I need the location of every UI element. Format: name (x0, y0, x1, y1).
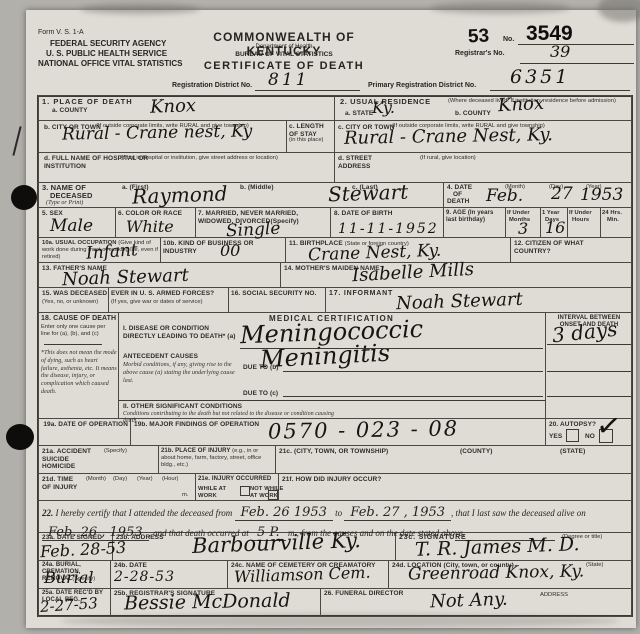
father-value: Noah Stewart (62, 267, 189, 289)
autopsy-no-checkmark: ✓ (594, 410, 623, 443)
injury-occurred-label: 21e. INJURY OCCURRED (198, 476, 278, 483)
industry-value: 00 (220, 243, 240, 259)
residence-state-value: Ky. (372, 100, 395, 116)
cause-line-b (283, 371, 543, 372)
was-deceased-label: 15. WAS DECEASED(Yes, no, or unknown) (42, 290, 108, 305)
primary-district-value: 6351 (510, 68, 570, 87)
county-value: Knox (150, 97, 197, 117)
injury-year-label: (Year) (137, 476, 153, 483)
stray-pen-mark (12, 126, 21, 156)
major-findings-value: 0570 - 023 - 08 (268, 418, 459, 442)
injury-county-label: (COUNTY) (460, 448, 493, 456)
agency-line-1: FEDERAL SECURITY AGENCY (50, 39, 166, 48)
reg-district-label: Registration District No. (172, 82, 252, 89)
last-name-value: Stewart (328, 182, 409, 205)
age-min-header-2: Min. (607, 217, 619, 224)
other-conditions-label: II. OTHER SIGNIFICANT CONDITIONS (123, 403, 242, 411)
address-value: Barbourville Ky. (192, 530, 361, 557)
age-hours-header-2: Hours (572, 217, 589, 224)
scan-smudge-top-center (430, 2, 570, 14)
cause-note-divider (44, 344, 102, 345)
interval-line-a (547, 344, 631, 345)
marital-value: Single (226, 221, 281, 241)
how-injury-label: 21f. HOW DID INJURY OCCUR? (282, 476, 381, 484)
injury-city-label: 21c. (CITY, TOWN, OR TOWNSHIP) (279, 448, 388, 456)
dob-label: 8. DATE OF BIRTH (334, 210, 393, 218)
county-label: a. COUNTY (52, 107, 88, 115)
street-address-label: d. STREET ADDRESS (338, 155, 388, 170)
age-days-value: 16 (545, 220, 565, 236)
age-months-header-1: If Under (507, 210, 530, 217)
hospital-note: (If not in hospital or institution, give… (120, 155, 320, 162)
accident-suicide-label: 21a. ACCIDENT SUICIDE HOMICIDE (42, 448, 104, 471)
injury-state-label: (STATE) (560, 448, 585, 456)
interval-line-b (547, 371, 631, 372)
due-to-c-label: DUE TO (c) (243, 390, 278, 398)
injury-day-label: (Day) (113, 476, 127, 483)
street-address-note: (If rural, give location) (420, 155, 476, 162)
scan-smudge-top-left (80, 4, 200, 14)
funeral-director-label: 26. FUNERAL DIRECTOR (324, 590, 403, 598)
dod-month-value: Feb. (486, 188, 523, 205)
address-label: 23b. ADDRESS (116, 534, 164, 542)
location-state-label: (State) (586, 562, 603, 569)
date-signed-value: Feb. 28-53 (40, 540, 127, 560)
name-title-3: (Type or Print) (46, 200, 83, 207)
morbid-note: Morbid conditions, if any, giving rise t… (123, 362, 239, 385)
age-days-header-1: 1 Year (542, 210, 560, 217)
residence-state-label: a. STATE (345, 110, 373, 118)
autopsy-yes-label: YES (549, 433, 562, 441)
age-hours-header-1: If Under (569, 210, 592, 217)
cause-line-c (283, 396, 543, 397)
interval-value: 3 days (551, 319, 618, 346)
disease-condition-label-2: DIRECTLY LEADING TO DEATH* (a) (123, 333, 236, 341)
armed-forces-label: EVER IN U. S. ARMED FORCES?(If yes, give… (111, 290, 227, 305)
file-no-underline (518, 44, 634, 45)
reg-district-underline (255, 90, 360, 91)
injury-month-label: (Month) (86, 476, 106, 483)
certify-text-2: to (335, 508, 342, 518)
residence-county-label: b. COUNTY (455, 110, 491, 118)
cause-line-a (240, 348, 543, 349)
cause-of-death-label: 18. CAUSE OF DEATH (41, 315, 116, 323)
length-of-stay-note: (in this place) (289, 137, 333, 144)
cause-of-death-note2: *This does not mean the mode of dying, s… (41, 350, 117, 397)
department-line: Department of Health (186, 44, 382, 50)
major-findings-label: 19b. MAJOR FINDINGS OF OPERATION (134, 421, 259, 429)
registrar-no-underline (520, 63, 634, 64)
age-label: 9. AGE (In years last birthday) (446, 210, 504, 224)
age-min-header-1: 24 Hrs. (602, 210, 622, 217)
certify-to-date: Feb. 27 , 1953 (344, 505, 451, 521)
not-while-at-work-checkbox (268, 490, 278, 500)
autopsy-label: 20. AUTOPSY? (549, 421, 596, 429)
race-value: White (126, 219, 174, 235)
primary-district-underline (490, 90, 630, 91)
cause-of-death-note1: Enter only one cause per line for (a), (… (41, 324, 115, 338)
burial-date-value: 2-28-53 (114, 570, 175, 584)
hole-punch-dot-lower (6, 424, 34, 450)
other-conditions-divider (119, 400, 545, 401)
antecedent-label: ANTECEDENT CAUSES (123, 353, 198, 361)
agency-line-2: U. S. PUBLIC HEALTH SERVICE (46, 49, 167, 58)
date-received-value: 2-27-53 (40, 596, 99, 615)
funeral-director-value: Not Any. (430, 591, 508, 612)
file-no-label: No. (503, 36, 514, 43)
bureau-line: BUREAU OF VITAL STATISTICS (186, 51, 382, 58)
registrar-signature-value: Bessie McDonald (124, 592, 291, 614)
time-of-injury-label: 21d. TIME OF INJURY (42, 476, 84, 491)
certify-text-3: , that I last saw the deceased alive on (451, 508, 586, 518)
funeral-director-address-label: ADDRESS (540, 592, 568, 599)
registrar-no-label: Registrar's No. (455, 50, 505, 57)
ssn-label: 16. SOCIAL SECURITY NO. (231, 290, 323, 298)
agency-line-3: NATIONAL OFFICE VITAL STATISTICS (38, 59, 182, 68)
occupation-value: Infant (85, 242, 138, 263)
residence-county-value: Knox (498, 95, 545, 115)
dod-year-value: 1953 (580, 187, 623, 204)
injury-hour-label: (Hour) (162, 476, 178, 483)
injury-meridiem-label: m. (182, 492, 188, 499)
hole-punch-dot-upper (11, 185, 37, 210)
scanned-death-certificate: { "colors": {"paper":"#dedcd4","ink":"#2… (0, 0, 640, 634)
location-value: Greenroad Knox, Ky. (408, 563, 584, 583)
registrar-no-value: 39 (550, 44, 570, 60)
dob-value: 11-11-1952 (338, 222, 439, 236)
reg-district-value: 811 (268, 72, 309, 89)
place-of-death-title: 1. PLACE OF DEATH (42, 98, 133, 107)
middle-name-label: b. (Middle) (240, 184, 274, 192)
first-name-value: Raymond (132, 183, 228, 206)
burial-value: Burial (44, 570, 93, 586)
certify-from-date: Feb. 26 1953 (235, 505, 333, 521)
due-to-b-label: DUE TO (b) (243, 364, 279, 372)
date-of-death-label-3: DEATH (447, 198, 469, 206)
while-at-work-label: WHILE AT WORK (198, 486, 244, 500)
cause-value-line2: Meningitis (259, 341, 390, 372)
primary-district-label: Primary Registration District No. (368, 82, 476, 89)
form-number: Form V. S. 1-A (38, 29, 84, 36)
place-of-injury-label: 21b. PLACE OF INJURY (e.g., in or about … (161, 448, 273, 469)
certify-text-1: I hereby certify that I attended the dec… (56, 508, 233, 518)
informant-value: Noah Stewart (396, 291, 523, 313)
interval-line-c (547, 396, 631, 397)
sex-value: Male (50, 218, 93, 235)
disease-condition-label-1: I. DISEASE OR CONDITION (123, 325, 209, 333)
certify-number: 22. (42, 508, 53, 518)
while-at-work-checkbox (240, 486, 250, 496)
year-stamp: 53 (467, 25, 489, 48)
cemetery-value: Williamson Cem. (234, 565, 371, 586)
autopsy-yes-checkbox (566, 429, 579, 442)
citizen-label: 12. CITIZEN OF WHAT COUNTRY? (514, 240, 614, 255)
informant-label: 17. INFORMANT (329, 290, 393, 298)
accident-suicide-note: (Specify) (104, 448, 127, 455)
date-of-operation-label: 19a. DATE OF OPERATION (42, 421, 128, 429)
residence-city-value: Rural - Crane Nest, Ky. (344, 126, 553, 148)
city-town-value: Rural - Crane nest, Ky (62, 123, 253, 143)
dod-day-value: 27 (551, 186, 573, 203)
age-months-value: 3 (518, 221, 528, 237)
